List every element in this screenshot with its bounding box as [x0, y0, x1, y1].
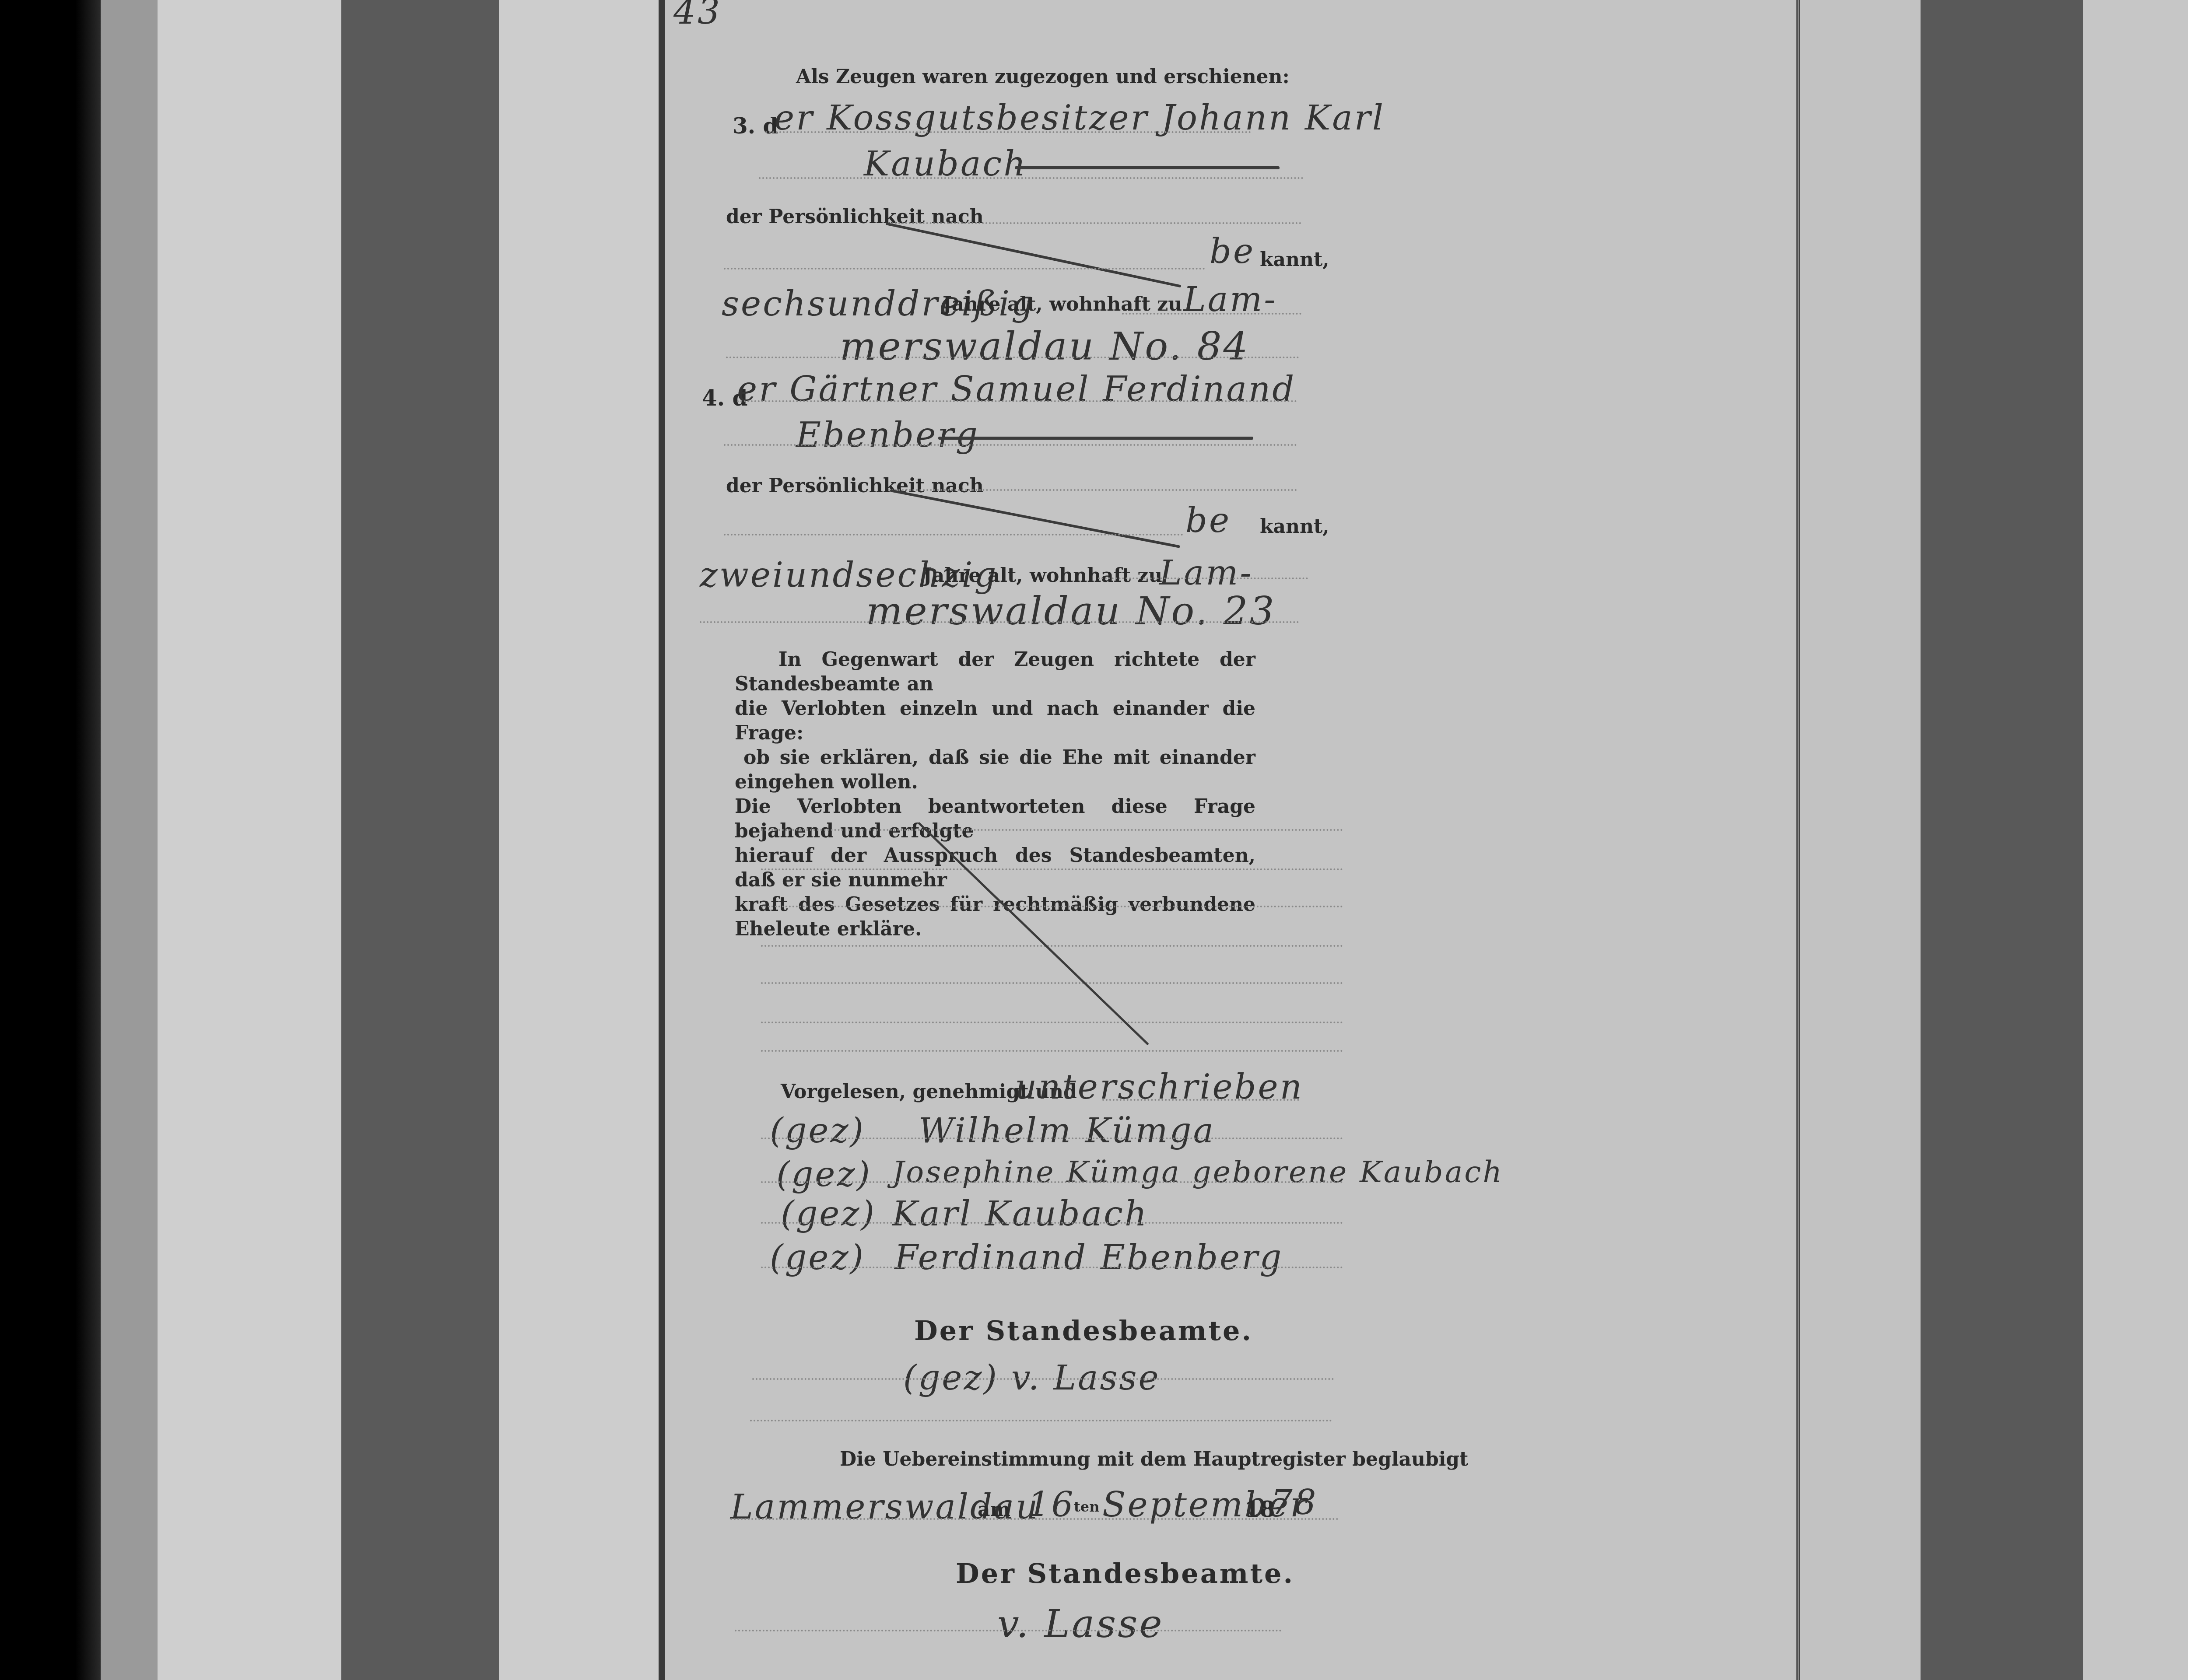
- certification-ten: ten: [1074, 1498, 1099, 1515]
- certification-year: 78: [1271, 1483, 1318, 1522]
- adjacent-page-strip-left: [158, 0, 341, 1680]
- margin-note: 43: [673, 0, 722, 32]
- rule-line: [761, 982, 1343, 984]
- witness-3-age-label: Jahre alt, wohnhaft zu: [943, 293, 1182, 315]
- rule-line: [761, 1050, 1343, 1052]
- rule-line: [761, 945, 1343, 947]
- adjacent-page-strip-right-2: [2083, 0, 2188, 1680]
- witness-4-identity-hand: be: [1185, 501, 1231, 540]
- witness-4-identity-label: der Persönlichkeit nach: [726, 475, 984, 497]
- declaration-line: hierauf der Ausspruch des Standesbeamten…: [735, 843, 1255, 892]
- film-margin-left: [101, 0, 158, 1680]
- rule-line: [761, 868, 1343, 870]
- witness-3-identity-label: der Persönlichkeit nach: [726, 206, 984, 228]
- page-border-left: [659, 0, 665, 1680]
- rule-line: [1098, 577, 1308, 579]
- rule-line: [700, 621, 1299, 623]
- rule-line: [724, 534, 1183, 535]
- strike-line: [885, 222, 1181, 287]
- witness-4-name-line1: er Gärtner Samuel Ferdinand: [737, 370, 1296, 409]
- witness-3-identity-suffix: kannt,: [1260, 248, 1329, 271]
- rule-line: [737, 400, 1297, 402]
- signer-name: Karl Kaubach: [892, 1194, 1148, 1234]
- signer-prefix: (gez): [770, 1238, 865, 1277]
- rule-line: [1122, 313, 1301, 315]
- rule-line: [761, 1267, 1343, 1268]
- rule-line: [761, 1137, 1343, 1139]
- rule-line: [761, 1222, 1343, 1224]
- rule-line: [888, 489, 1297, 491]
- read-approved-hand: unterschrieben: [1015, 1067, 1304, 1107]
- witness-4-residence-2: merswaldau No. 23: [866, 588, 1276, 633]
- film-edge-left: [0, 0, 101, 1680]
- film-dark-band-right: [1921, 0, 2083, 1680]
- declaration-line: In Gegenwart der Zeugen richtete der Sta…: [735, 647, 1255, 696]
- rule-line: [761, 906, 1343, 907]
- rule-line: [765, 131, 1251, 133]
- witness-4-age-label: Jahre alt, wohnhaft zu: [923, 564, 1162, 587]
- rule-line: [726, 357, 1299, 358]
- rule-line: [735, 1630, 1282, 1631]
- rule-line: [750, 1420, 1332, 1421]
- declaration-line: die Verlobten einzeln und nach einander …: [735, 696, 1255, 745]
- rule-line: [724, 268, 1205, 269]
- witness-3-number: 3. d: [733, 113, 778, 139]
- rule-line: [752, 1378, 1334, 1380]
- fill-line: [938, 437, 1253, 440]
- film-dark-band-left: [341, 0, 499, 1680]
- fill-line: [1015, 166, 1280, 169]
- witness-3-residence-2: merswaldau No. 84: [840, 324, 1249, 369]
- declaration-line: Die Verlobten beantworteten diese Frage …: [735, 794, 1255, 843]
- document-page: 43 Als Zeugen waren zugezogen und erschi…: [665, 0, 1798, 1680]
- certification-am: am: [978, 1498, 1010, 1521]
- rule-line: [761, 1181, 1343, 1183]
- signer-prefix: (gez): [770, 1111, 865, 1151]
- signer-name: Josephine Kümga geborene Kaubach: [892, 1155, 1504, 1190]
- registrar-title: Der Standesbeamte.: [914, 1315, 1253, 1347]
- witness-4-residence-1: Lam-: [1159, 553, 1253, 593]
- certification-text: Die Uebereinstimmung mit dem Hauptregist…: [840, 1448, 1468, 1470]
- strike-line: [890, 489, 1180, 548]
- signer-prefix: (gez): [776, 1155, 872, 1194]
- adjacent-page-strip-right: [1798, 0, 1921, 1680]
- signer-name: Ferdinand Ebenberg: [894, 1238, 1283, 1277]
- rule-line: [888, 222, 1301, 224]
- rule-line: [761, 1022, 1343, 1023]
- witness-3-identity-hand: be: [1210, 232, 1255, 271]
- certification-registrar-signature: v. Lasse: [997, 1601, 1164, 1646]
- signer-prefix: (gez): [781, 1194, 876, 1234]
- page-border-right: [1799, 0, 1800, 1680]
- rule-line: [730, 1518, 1339, 1520]
- rule-line: [1102, 1099, 1299, 1101]
- rule-line: [761, 829, 1343, 831]
- declaration-line: ob sie erklären, daß sie die Ehe mit ein…: [735, 745, 1255, 794]
- witness-4-name-line2: Ebenberg: [796, 416, 979, 455]
- signer-name: Wilhelm Kümga: [919, 1111, 1215, 1151]
- witness-4-identity-suffix: kannt,: [1260, 515, 1329, 538]
- certification-registrar-title: Der Standesbeamte.: [956, 1557, 1294, 1589]
- declaration-line: kraft des Gesetzes für rechtmäßig verbun…: [735, 892, 1255, 941]
- adjacent-page-strip-left-2: [499, 0, 659, 1680]
- witnesses-heading: Als Zeugen waren zugezogen und erschiene…: [796, 66, 1290, 88]
- rule-line: [759, 177, 1304, 179]
- rule-line: [724, 444, 1297, 446]
